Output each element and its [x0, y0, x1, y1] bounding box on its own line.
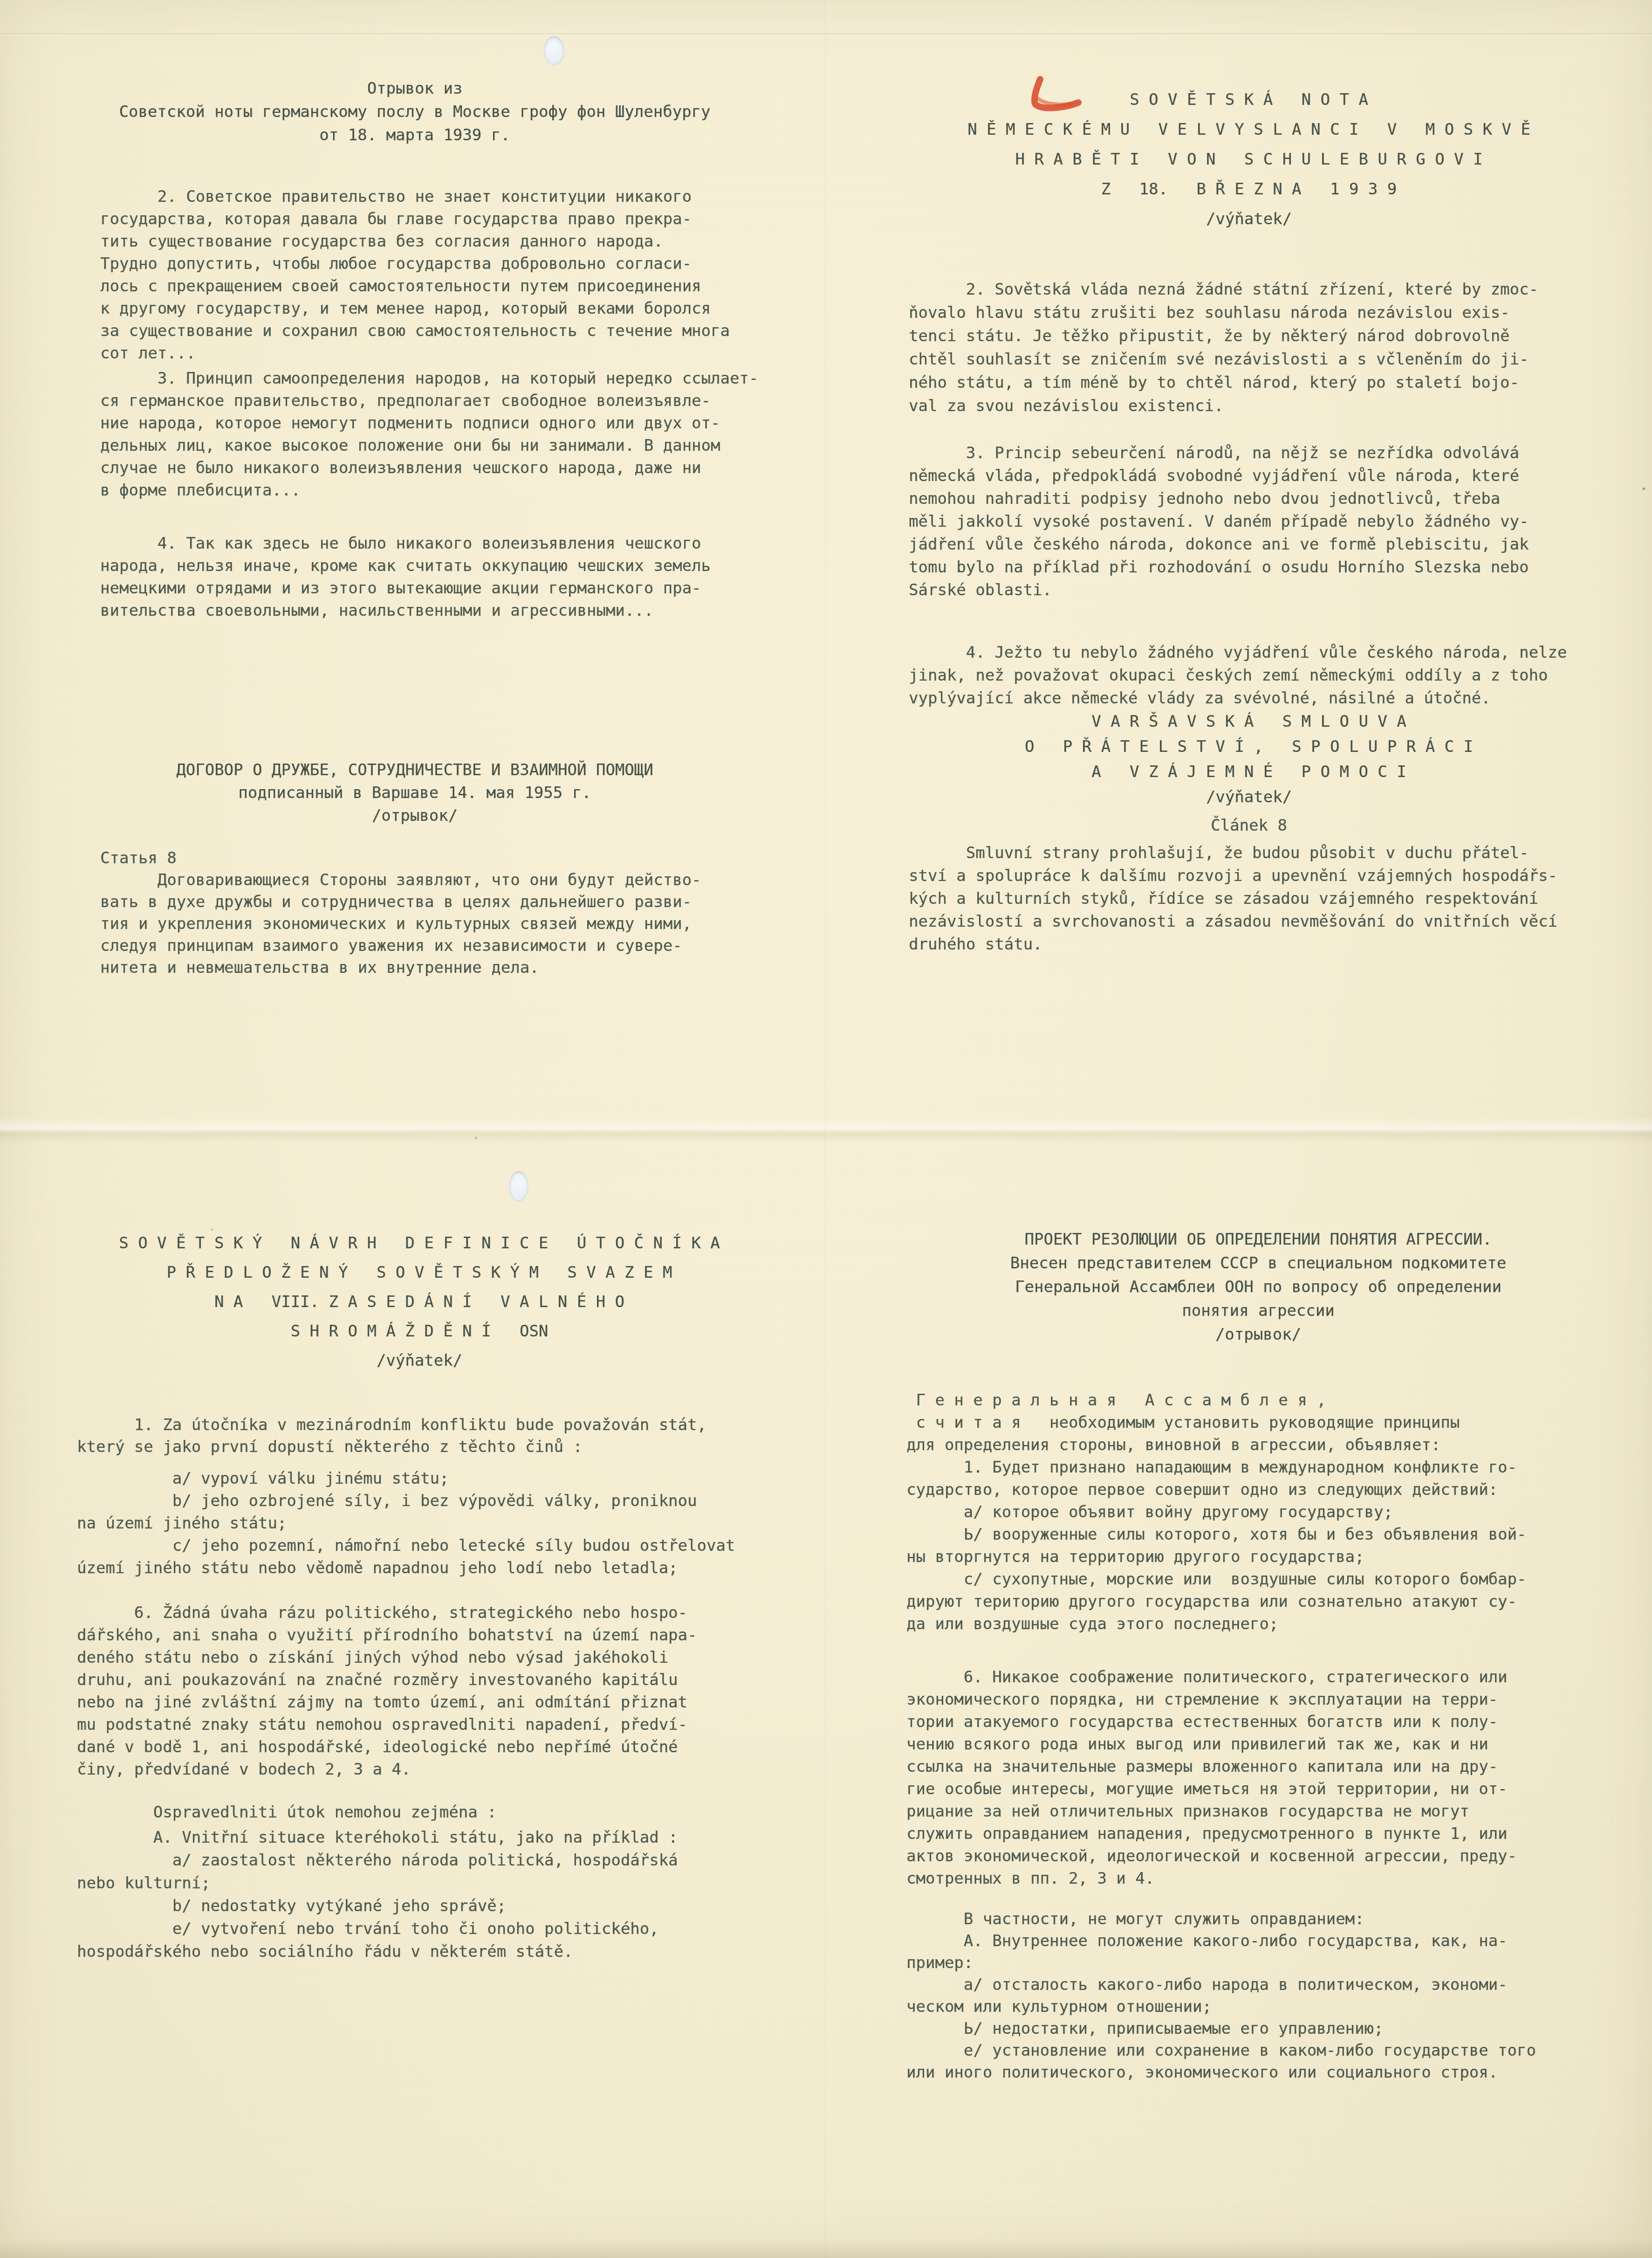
text-line: b/ jeho ozbrojené síly, i bez výpovědi v…	[77, 1490, 753, 1512]
section-cs-note-title: S O V Ě T S K Á N O T AN Ě M E C K É M U…	[885, 85, 1612, 234]
text-line: Советской ноты германскому послу в Москв…	[98, 100, 732, 124]
text-line: В частности, не могут служить оправдание…	[906, 1908, 1596, 1930]
section-warsaw-article: Článek 8	[885, 814, 1612, 837]
text-line: е/ установление или сохранение в каком-л…	[906, 2040, 1596, 2062]
text-line: государства, которая давала бы главе гос…	[100, 208, 753, 230]
text-line: дельных лиц, какое высокое положение они…	[100, 434, 767, 457]
text-line: a/ vypoví válku jinému státu;	[77, 1467, 753, 1490]
text-line: 4. Так как здесь не было никакого волеиз…	[100, 532, 753, 555]
section-ru-note-paragraph-3: 3. Принцип самоопределения народов, на к…	[100, 367, 767, 502]
text-line: дируют територию другого государства или…	[906, 1590, 1596, 1613]
text-line: tenci státu. Je těžko připustit, že by n…	[909, 324, 1598, 348]
text-line: území jiného státu nebo vědomě napadnou …	[77, 1557, 753, 1579]
text-line: да или воздушные суда этого последнего;	[906, 1613, 1596, 1635]
text-line: na území jiného státu;	[77, 1512, 753, 1535]
text-line: chtěl souhlasít se zničením své nezávisl…	[909, 348, 1598, 371]
document-scan: Отрывок изСоветской ноты германскому пос…	[0, 0, 1652, 2258]
text-line: а/ отсталость какого-либо народа в полит…	[906, 1974, 1596, 1996]
section-cs-note-paragraph-2: 2. Sovětská vláda nezná žádné státní zří…	[909, 278, 1598, 418]
text-line: O P Ř Á T E L S T V Í , S P O L U P R Á …	[885, 734, 1612, 759]
text-line: 1. Za útočníka v mezinárodním konfliktu …	[77, 1414, 753, 1436]
text-line: S O V Ě T S K Ý N Á V R H D E F I N I C …	[65, 1229, 774, 1258]
text-line: Sárské oblasti.	[909, 579, 1598, 602]
text-line: jádření vůle českého národa, dokonce ani…	[909, 533, 1598, 556]
text-line: val za svou nezávislou existenci.	[909, 394, 1598, 418]
text-line: подписанный в Варшаве 14. мая 1955 г.	[98, 782, 732, 805]
text-line: druhu, ani poukazování na značné rozměry…	[77, 1669, 753, 1691]
text-line: Ь/ вооруженные силы которого, хотя бы и …	[906, 1523, 1596, 1546]
section-definition-items-abc: a/ vypoví válku jinému státu; b/ jeho oz…	[77, 1467, 753, 1579]
text-line: гие особые интересы, могущие иметься ня …	[906, 1778, 1596, 1800]
text-line: S O V Ě T S K Á N O T A	[885, 85, 1612, 115]
text-line: Трудно допустить, чтобы любое государств…	[100, 253, 753, 275]
text-line: e/ vytvoření nebo trvání toho či onoho p…	[77, 1918, 753, 1941]
text-line: A V Z Á J E M N É P O M O C I	[885, 759, 1612, 785]
text-line: P Ř E D L O Ž E N Ý S O V Ě T S K Ý M S …	[65, 1258, 774, 1287]
text-line: N A VIII. Z A S E D Á N Í V A L N É H O	[65, 1287, 774, 1317]
section-warsaw-body: Smluvní strany prohlašují, že budou půso…	[909, 842, 1608, 956]
text-line: 2. Советское правительство не знает конс…	[100, 186, 753, 208]
section-resolution-body: Г е н е р а л ь н а я А с с а м б л е я …	[906, 1389, 1596, 1635]
text-line: 3. Принцип самоопределения народов, на к…	[100, 367, 767, 390]
text-line: Článek 8	[885, 814, 1612, 837]
text-line: nebo kulturní;	[77, 1872, 753, 1895]
section-resolution-title: ПРОЕКТ РЕЗОЛЮЦИИ ОБ ОПРЕДЕЛЕНИИ ПОНЯТИЯ …	[909, 1228, 1608, 1347]
text-line: Отрывок из	[98, 77, 732, 100]
text-line: V A R Š A V S K Á S M L O U V A	[885, 709, 1612, 734]
text-line: вать в духе дружбы и сотрудничества в це…	[100, 891, 753, 913]
text-line: от 18. марта 1939 г.	[98, 124, 732, 147]
section-resolution-paragraph-6: 6. Никакое соображение политического, ст…	[906, 1666, 1596, 1890]
text-line: чению всякого рода иных выгод или привил…	[906, 1733, 1596, 1755]
text-line: Ь/ недостатки, приписываемые его управле…	[906, 2018, 1596, 2040]
text-line: ссылка на значительные размеры вложенног…	[906, 1755, 1596, 1778]
text-line: nezávislostí a svrchovanosti a zásadou n…	[909, 910, 1608, 933]
text-line: или иного политического, экономического …	[906, 2062, 1596, 2084]
text-line: Внесен представителем СССР в специальном…	[909, 1252, 1608, 1275]
text-line: ПРОЕКТ РЕЗОЛЮЦИИ ОБ ОПРЕДЕЛЕНИИ ПОНЯТИЯ …	[909, 1228, 1608, 1252]
text-line: deného státu nebo o získání jiných výhod…	[77, 1646, 753, 1669]
section-ru-note-title: Отрывок изСоветской ноты германскому пос…	[98, 77, 732, 147]
text-line: тия и укрепления экономических и культур…	[100, 913, 753, 935]
text-line: следуя принципам взаимого уважения их не…	[100, 935, 753, 957]
text-line: jinak, než považovat okupaci českých zem…	[909, 664, 1598, 687]
text-line: случае не было никакого волеизъявления ч…	[100, 457, 767, 479]
text-line: ние народа, которое немогут подменить по…	[100, 412, 767, 434]
section-definition-list-A: A. Vnitřní situace kteréhokoli státu, ja…	[77, 1826, 753, 1963]
paper-speck	[1642, 488, 1645, 490]
text-line: Генеральной Ассамблеи ООН по вопросу об …	[909, 1275, 1608, 1299]
section-definition-paragraph-1: 1. Za útočníka v mezinárodním konfliktu …	[77, 1414, 753, 1458]
text-line: к другому государству, и тем менее народ…	[100, 297, 753, 320]
text-line: немецкими отрядами и из этого вытекающие…	[100, 577, 753, 599]
text-line: dářského, ani snaha o využití přírodního…	[77, 1624, 753, 1646]
text-line: тории атакуемого государства естественны…	[906, 1711, 1596, 1733]
text-line: vyplývající akce německé vlády za svévol…	[909, 687, 1598, 710]
text-line: měli jakkolí vysoké postavení. V daném p…	[909, 510, 1598, 533]
text-line: Smluvní strany prohlašují, že budou půso…	[909, 842, 1608, 865]
text-line: c/ jeho pozemní, námořní nebo letecké sí…	[77, 1535, 753, 1557]
text-line: 3. Princip sebeurčení národů, na nějž se…	[909, 442, 1598, 465]
text-line: пример:	[906, 1952, 1596, 1974]
text-line: 6. Никакое соображение политического, ст…	[906, 1666, 1596, 1688]
text-line: служить оправданием нападения, предусмот…	[906, 1823, 1596, 1845]
punch-hole-middle	[509, 1171, 528, 1202]
text-line: 4. Ježto tu nebylo žádného vyjádření vůl…	[909, 641, 1598, 664]
text-line: německá vláda, předpokládá svobodné vyjá…	[909, 465, 1598, 488]
text-line: N Ě M E C K É M U V E L V Y S L A N C I …	[885, 115, 1612, 145]
section-cs-note-paragraph-3: 3. Princip sebeurčení národů, na nějž se…	[909, 442, 1598, 602]
text-line: ství a spolupráce k dalšímu rozvoji a up…	[909, 865, 1608, 888]
section-definition-justify-line: Ospravedlniti útok nemohou zejména :	[77, 1801, 753, 1824]
text-line: činy, předvídané v bodech 2, 3 a 4.	[77, 1758, 753, 1781]
text-line: для определения стороны, виновной в агре…	[906, 1434, 1596, 1456]
text-line: ся германское правительство, предполагае…	[100, 390, 767, 412]
section-treaty-ru-body: Статья 8 Договаривающиеся Стороны заявля…	[100, 847, 753, 979]
text-line: nemohou nahraditi podpisy jednoho nebo d…	[909, 488, 1598, 510]
text-line: A. Vnitřní situace kteréhokoli státu, ja…	[77, 1826, 753, 1849]
text-line: /výňatek/	[885, 204, 1612, 234]
text-line: tomu bylo na příklad při rozhodování o o…	[909, 556, 1598, 579]
text-line: с/ сухопутные, морские или воздушные сил…	[906, 1568, 1596, 1590]
text-line: /отрывок/	[909, 1323, 1608, 1347]
text-line: ДОГОВОР О ДРУЖБЕ, СОТРУДНИЧЕСТВЕ И ВЗАИМ…	[98, 759, 732, 782]
text-line: druhého státu.	[909, 933, 1608, 956]
text-line: Z 18. B Ř E Z N A 1 9 3 9	[885, 174, 1612, 204]
text-line: 1. Будет признано нападающим в междунаро…	[906, 1456, 1596, 1479]
text-line: рицание за ней отличительных признаков г…	[906, 1800, 1596, 1823]
paper-crease-vertical	[825, 0, 828, 2258]
text-line: тить существование государства без согла…	[100, 230, 753, 253]
text-line: /отрывок/	[98, 805, 732, 827]
section-cs-note-paragraph-4: 4. Ježto tu nebylo žádného vyjádření vůl…	[909, 641, 1598, 710]
text-line: ného státu, a tím méně by to chtěl národ…	[909, 371, 1598, 394]
text-line: mu podstatné znaky státu nemohou osprave…	[77, 1714, 753, 1736]
text-line: Договаривающиеся Стороны заявляют, что о…	[100, 869, 753, 891]
text-line: вительства своевольными, насильственными…	[100, 599, 753, 622]
text-line: dané v bodě 1, ani hospodářské, ideologi…	[77, 1736, 753, 1758]
text-line: který se jako první dopustí některého z …	[77, 1436, 753, 1458]
section-definition-title: S O V Ě T S K Ý N Á V R H D E F I N I C …	[65, 1229, 774, 1376]
section-resolution-particulars: В частности, не могут служить оправдание…	[906, 1908, 1596, 2084]
text-line: ны вторгнутся на территорию другого госу…	[906, 1546, 1596, 1568]
text-line: 6. Žádná úvaha rázu politického, strateg…	[77, 1602, 753, 1624]
text-line: hospodářského nebo sociálního řádu v něk…	[77, 1941, 753, 1963]
section-ru-note-paragraph-2: 2. Советское правительство не знает конс…	[100, 186, 753, 365]
text-line: Ospravedlniti útok nemohou zejména :	[77, 1801, 753, 1824]
text-line: а/ которое объявит войну другому государ…	[906, 1501, 1596, 1523]
text-line: /výňatek/	[65, 1346, 774, 1376]
text-line: понятия агрессии	[909, 1299, 1608, 1323]
paper-edge-shadow	[0, 2239, 1652, 2258]
text-line: ňovalo hlavu státu zrušiti bez souhlasu …	[909, 301, 1598, 324]
text-line: экономического порядка, ни стремление к …	[906, 1688, 1596, 1711]
text-line: Г е н е р а л ь н а я А с с а м б л е я …	[906, 1389, 1596, 1411]
text-line: в форме плебисцита...	[100, 479, 767, 502]
text-line: сударство, которое первое совершит одно …	[906, 1479, 1596, 1501]
text-line: kých a kulturních styků, řídíce se zásad…	[909, 888, 1608, 910]
text-line: лось с прекращением своей самостоятельно…	[100, 275, 753, 297]
section-warsaw-title: V A R Š A V S K Á S M L O U V AO P Ř Á T…	[885, 709, 1612, 810]
paper-speck	[474, 1136, 477, 1139]
text-line: b/ nedostatky vytýkané jeho správě;	[77, 1895, 753, 1918]
text-line: H R A B Ě T I V O N S C H U L E B U R G …	[885, 145, 1612, 174]
section-ru-note-paragraph-4: 4. Так как здесь не было никакого волеиз…	[100, 532, 753, 622]
text-line: a/ zaostalost některého národa politická…	[77, 1849, 753, 1872]
text-line: актов экономической, идеологической и ко…	[906, 1845, 1596, 1867]
text-line: S H R O M Á Ž D Ě N Í OSN	[65, 1317, 774, 1346]
text-line: ческом или культурном отношении;	[906, 1996, 1596, 2018]
section-definition-paragraph-6: 6. Žádná úvaha rázu politického, strateg…	[77, 1602, 753, 1781]
text-line: /výňatek/	[885, 785, 1612, 810]
text-line: сот лет...	[100, 342, 753, 365]
text-line: А. Внутреннее положение какого-либо госу…	[906, 1930, 1596, 1952]
section-treaty-ru-title: ДОГОВОР О ДРУЖБЕ, СОТРУДНИЧЕСТВЕ И ВЗАИМ…	[98, 759, 732, 827]
text-line: nebo na jiné zvláštní zájmy na tomto úze…	[77, 1691, 753, 1714]
text-line: нитета и невмешательства в их внутренние…	[100, 957, 753, 979]
text-line: Статья 8	[100, 847, 753, 869]
punch-hole-top	[544, 36, 564, 65]
text-line: 2. Sovětská vláda nezná žádné státní zří…	[909, 278, 1598, 301]
text-line: народа, нельзя иначе, кроме как считать …	[100, 555, 753, 577]
text-line: за существование и сохранил свою самосто…	[100, 320, 753, 342]
text-line: с ч и т а я необходимым установить руков…	[906, 1411, 1596, 1434]
text-line: смотренных в пп. 2, 3 и 4.	[906, 1867, 1596, 1890]
